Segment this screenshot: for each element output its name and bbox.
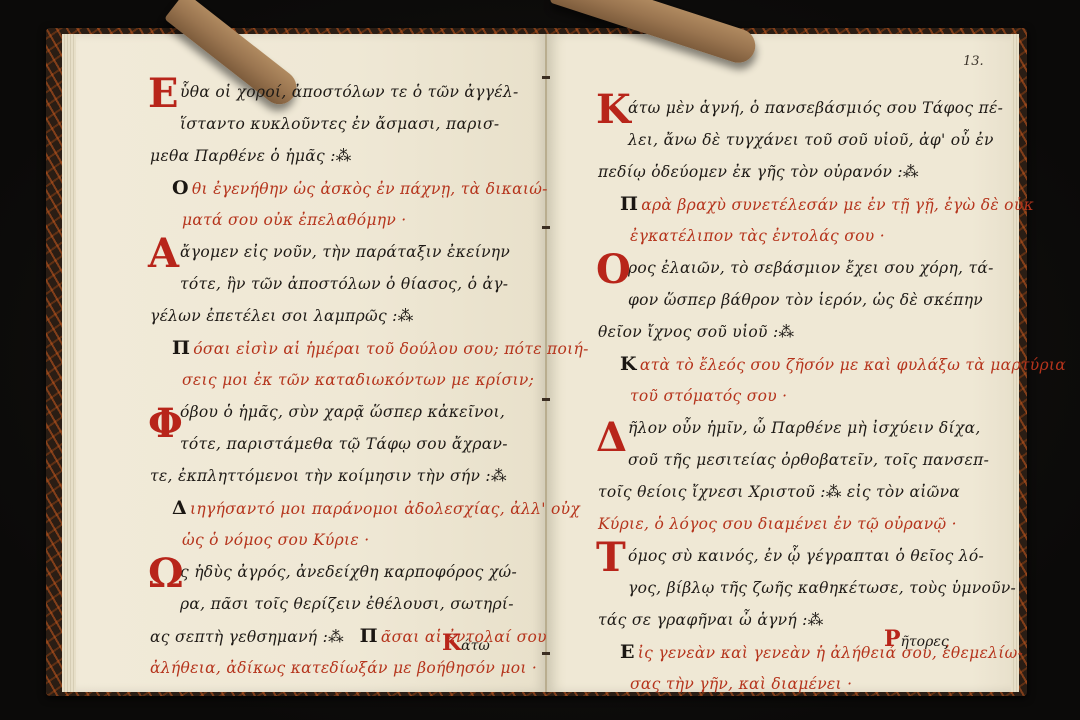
rubric-line: ματά σου οὐκ ἐπελαθόμην · [150,204,520,236]
text-line: όμος σὺ καινός, ἐν ᾧ γέγραπται ὁ θεῖος λ… [598,540,988,572]
folio-number: 13. [963,54,984,69]
text-line: φον ὥσπερ βάθρον τὸν ἱερόν, ὡς δὲ σκέπην [598,284,988,316]
rubric-line: σας τὴν γῆν, καὶ διαμένει · [598,668,988,700]
hymn-stanza: Ο ρος ἐλαιῶν, τὸ σεβάσμιον ἔχει σου χόρη… [598,252,988,348]
text-line: τότε, ἣν τῶν ἀποστόλων ὁ θίασος, ὁ ἀγ- [150,268,520,300]
catchword-text: ῆτορες [901,634,949,650]
text-line: ρος ἐλαιῶν, τὸ σεβάσμιον ἔχει σου χόρη, … [598,252,988,284]
text-segment: ας σεπτὴ γεθσημανή :⁂ [150,628,344,646]
rubric-line: Παρὰ βραχὺ συνετέλεσάν με ἐν τῇ γῇ, ἐγὼ … [598,188,988,220]
hymn-stanza: Τ όμος σὺ καινός, ἐν ᾧ γέγραπται ὁ θεῖος… [598,540,988,636]
rubric-line: Πόσαι εἰσὶν αἱ ἡμέραι τοῦ δούλου σου; πό… [150,332,520,364]
hymn-stanza: Δ ῆλον οὖν ἡμῖν, ὦ Παρθένε μὴ ἰσχύειν δί… [598,412,988,540]
psalm-verse: Παρὰ βραχὺ συνετέλεσάν με ἐν τῇ γῇ, ἐγὼ … [598,188,988,252]
text-line: ἵσταντο κυκλοῦντες ἐν ἄσμασι, παρισ- [150,108,520,140]
psalm-verse: Οθι ἐγενήθην ὡς ἀσκὸς ἐν πάχνῃ, τὰ δικαι… [150,172,520,236]
text-line: πεδίῳ ὁδεύομεν ἐκ γῆς τὸν οὐρανόν :⁂ [598,156,988,188]
rubric-line: ἀλήθεια, ἀδίκως κατεδίωξάν με βοήθησόν μ… [150,652,520,684]
binding-stitch [542,398,550,401]
verse-initial: Π [172,332,190,364]
hymn-stanza: Ε ὗθα οἱ χοροί, ἀποστόλων τε ὁ τῶν ἀγγέλ… [150,76,520,172]
rubric-text: θι ἐγενήθην ὡς ἀσκὸς ἐν πάχνῃ, τὰ δικαιώ… [192,180,548,198]
verse-initial: Π [620,188,638,220]
illuminated-initial: Κ [596,90,631,130]
verse-initial: Ο [172,172,189,204]
illuminated-initial: Ο [596,250,631,290]
text-line: ς ἡδὺς ἀγρός, ἀνεδείχθη καρποφόρος χώ- [150,556,520,588]
text-line: τότε, παριστάμεθα τῷ Τάφῳ σου ἄχραν- [150,428,520,460]
text-line: γέλων ἐπετέλει σοι λαμπρῶς :⁂ [150,300,520,332]
right-page-text: Κ άτω μὲν ἁγνή, ὁ πανσεβάσμιός σου Τάφος… [598,92,988,700]
text-line: όβου ὁ ἡμᾶς, σὺν χαρᾷ ὥσπερ κἀκεῖνοι, [150,396,520,428]
illuminated-initial: Ε [148,74,179,114]
rubric-text: αρὰ βραχὺ συνετέλεσάν με ἐν τῇ γῇ, ἐγὼ δ… [641,196,1034,214]
catchword-initial: Ρ [884,626,901,652]
catchword-left: Κάτω [442,630,490,656]
text-line: τοῖς θείοις ἴχνεσι Χριστοῦ :⁂ εἰς τὸν αἰ… [598,476,988,508]
verse-initial: Ε [620,636,635,668]
catchword-text: άτω [461,638,490,654]
catchword-initial: Κ [442,630,461,656]
rubric-text: ατὰ τὸ ἔλεός σου ζῆσόν με καὶ φυλάξω τὰ … [640,356,1066,374]
psalm-verse: Πόσαι εἰσὶν αἱ ἡμέραι τοῦ δούλου σου; πό… [150,332,520,396]
psalm-verse: Κατὰ τὸ ἔλεός σου ζῆσόν με καὶ φυλάξω τὰ… [598,348,988,412]
text-line: λει, ἄνω δὲ τυγχάνει τοῦ σοῦ υἱοῦ, ἀφ' ο… [598,124,988,156]
text-line: τε, ἐκπληττόμενοι τὴν κοίμησιν τὴν σήν :… [150,460,520,492]
catchword-right: Ρῆτορες [884,626,949,652]
rubric-line: ἐγκατέλιπον τὰς ἐντολάς σου · [598,220,988,252]
binding-stitch [542,652,550,655]
rubric-line: Διηγήσαντό μοι παράνομοι ἀδολεσχίας, ἀλλ… [150,492,520,524]
psalm-verse: Διηγήσαντό μοι παράνομοι ἀδολεσχίας, ἀλλ… [150,492,520,556]
rubric-line: Οθι ἐγενήθην ὡς ἀσκὸς ἐν πάχνῃ, τὰ δικαι… [150,172,520,204]
text-line: μεθα Παρθένε ὁ ἡμᾶς :⁂ [150,140,520,172]
illuminated-initial: Δ [596,418,627,458]
verse-initial: Δ [172,492,187,524]
rubric-text: ιηγήσαντό μοι παράνομοι ἀδολεσχίας, ἀλλ'… [190,500,580,518]
illuminated-initial: Τ [596,538,626,578]
text-line: θεῖον ἴχνος σοῦ υἱοῦ :⁂ [598,316,988,348]
illuminated-initial: Φ [148,404,183,444]
text-line: ρα, πᾶσι τοῖς θερίζειν ἐθέλουσι, σωτηρί- [150,588,520,620]
binding-stitch [542,76,550,79]
hymn-stanza: Α ἄγομεν εἰς νοῦν, τὴν παράταξιν ἐκείνην… [150,236,520,332]
text-line: ὗθα οἱ χοροί, ἀποστόλων τε ὁ τῶν ἀγγέλ- [150,76,520,108]
text-line: άτω μὲν ἁγνή, ὁ πανσεβάσμιός σου Τάφος π… [598,92,988,124]
text-line: ῆλον οὖν ἡμῖν, ὦ Παρθένε μὴ ἰσχύειν δίχα… [598,412,988,444]
rubric-line: Κύριε, ὁ λόγος σου διαμένει ἐν τῷ οὐρανῷ… [598,508,988,540]
hymn-stanza: Φ όβου ὁ ἡμᾶς, σὺν χαρᾷ ὥσπερ κἀκεῖνοι, … [150,396,520,492]
verse-initial: Κ [620,348,637,380]
text-line: ἄγομεν εἰς νοῦν, τὴν παράταξιν ἐκείνην [150,236,520,268]
verse-initial: Π [360,620,378,652]
rubric-line: ὡς ὁ νόμος σου Κύριε · [150,524,520,556]
hymn-stanza: Κ άτω μὲν ἁγνή, ὁ πανσεβάσμιός σου Τάφος… [598,92,988,188]
rubric-line: τοῦ στόματός σου · [598,380,988,412]
illuminated-initial: Α [148,234,179,274]
text-line: σοῦ τῆς μεσιτείας ὀρθοβατεῖν, τοῖς πανσε… [598,444,988,476]
rubric-text: όσαι εἰσὶν αἱ ἡμέραι τοῦ δούλου σου; πότ… [193,340,588,358]
rubric-line: Κατὰ τὸ ἔλεός σου ζῆσόν με καὶ φυλάξω τὰ… [598,348,988,380]
left-page-text: Ε ὗθα οἱ χοροί, ἀποστόλων τε ὁ τῶν ἀγγέλ… [150,76,520,684]
psalm-verse: ἀλήθεια, ἀδίκως κατεδίωξάν με βοήθησόν μ… [150,652,520,684]
book-gutter [545,34,547,692]
binding-stitch [542,226,550,229]
text-line: γος, βίβλῳ τῆς ζωῆς καθηκέτωσε, τοὺς ὑμν… [598,572,988,604]
illuminated-initial: Ω [148,554,184,594]
rubric-text: ἰς γενεὰν καὶ γενεὰν ἡ ἀλήθειά σου, ἐθεμ… [638,644,1023,662]
rubric-line: σεις μοι ἐκ τῶν καταδιωκόντων με κρίσιν; [150,364,520,396]
